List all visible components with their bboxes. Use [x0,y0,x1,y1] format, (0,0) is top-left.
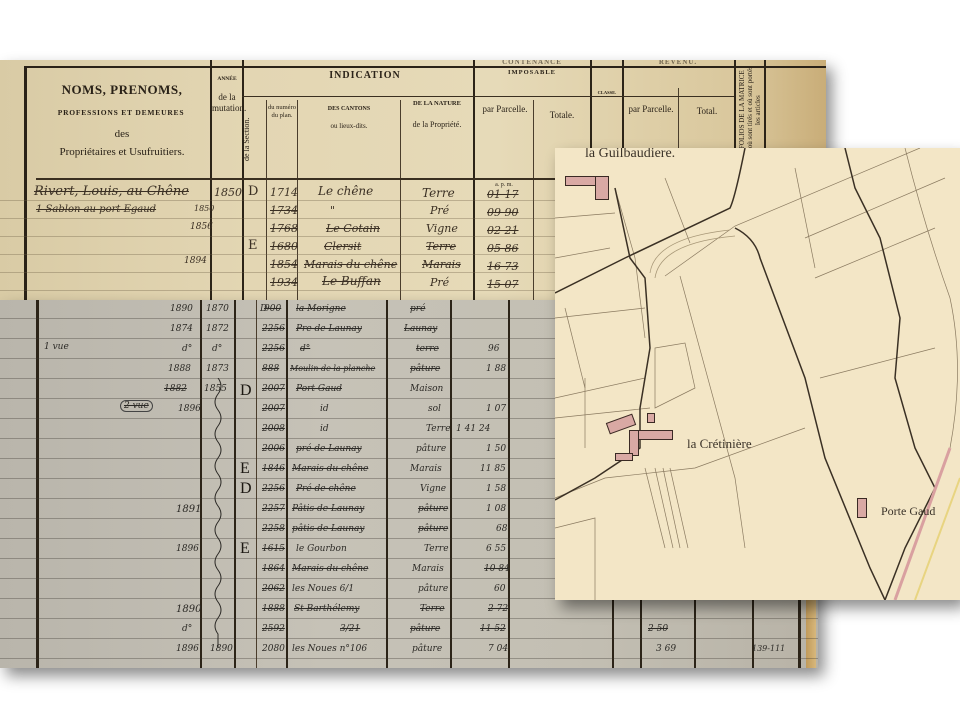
map-label-porte-gaud: Porte Gaud [881,504,935,519]
row-lieu: pâtis de Launay [292,524,364,534]
row-plan: 888 [262,364,279,374]
row-year-left: 1896 [176,544,199,554]
row-plan: 2256 [262,484,285,494]
row-nature: Launay [404,324,437,334]
side-note-1: 1 vue [44,342,69,352]
row-lieu: id [320,404,329,414]
row-area: 09 90 [487,206,519,219]
row-lieu: les Noues 6/1 [292,584,354,594]
header-names-sub: PROFESSIONS ET DEMEURES [30,108,212,117]
header-cantons-sub: ou lieux-dits. [298,122,400,131]
row-nature: pâture [410,364,440,374]
row-lieu: Port Gaud [296,384,342,394]
building [595,176,609,200]
row-area: 1 58 [486,484,506,494]
header-nature: DE LA NATURE de la Propriété. [402,100,472,130]
row-lieu: la Morigne [296,304,346,314]
row-lieu: 3/21 [340,624,360,634]
row-nature: sol [428,404,441,414]
header-par-parcelle: par Parcelle. [478,104,532,115]
row-nature: Maison [410,384,443,394]
row-year-left: 1882 [164,384,187,394]
row-area: 7 04 [488,644,508,654]
row-nature: pâture [418,584,448,594]
folio-value: 139-111 [752,644,785,653]
row-year-left: 1896 [178,404,201,414]
map-label-guilbaudiere: la Guilbaudiere. [585,148,675,162]
header-indication: INDICATION [242,70,488,83]
row-nature: pâture [418,524,448,534]
row-plan: 2258 [262,524,285,534]
row-nature: Terre [426,424,451,434]
header-annee: ANNÉE [212,76,242,83]
row-year: 1855 [204,384,227,394]
row-year: 1890 [210,644,233,654]
row-area: 1 88 [486,364,506,374]
header-cantons-title: DES CANTONS [298,106,400,114]
header-revenu: REVENU. [622,60,734,67]
row-plan: 2080 [262,644,285,654]
row-section: D [240,382,252,400]
header-imposable: IMPOSABLE [474,69,590,77]
building [615,453,633,461]
row-plan: 1714 [270,186,298,199]
row-nature: pré [410,304,425,314]
row-nature: pâture [418,504,448,514]
header-revenu-total: Total. [680,106,734,117]
row-plan: 2256 [262,324,285,334]
header-contenance: CONTENANCE [474,60,590,67]
building [857,498,867,518]
revenu-value: 3 69 [656,644,676,654]
row-year-left: 1874 [170,324,193,334]
row-plan: 900 [262,304,281,314]
side-note-2: 2 vue [120,400,153,412]
row-plan: 1680 [270,240,298,253]
ditto-wavy-mark [204,378,232,648]
row-year-left: 1894 [184,256,207,266]
row-year-left: d° [182,624,192,634]
row-plan: 2007 [262,384,285,394]
row-plan: 1734 [270,204,298,217]
header-folios: FOLIOS DE LA MATRICE d'où sont tirés et … [738,64,762,156]
row-area: 1 07 [486,404,506,414]
row-plan: 2256 [262,344,285,354]
header-annee-sub: de la mutation. [212,92,242,115]
row-lieu: Pre de Launay [296,324,362,334]
row-nature: Marais [410,464,442,474]
row-year: 1873 [206,364,229,374]
row-lieu: Clersit [324,240,361,253]
owner-name-line1: Rivert, Louis, au Chêne [34,184,189,199]
row-nature: Pré [430,204,449,217]
row-area: 05 86 [487,242,519,255]
row-nature: Vigne [420,484,446,494]
row-area: 10 84 [484,564,510,574]
row-nature: Terre [422,186,455,200]
row-plan: 2006 [262,444,285,454]
row-nature: pâture [412,644,442,654]
row-lieu: " [330,204,335,217]
row-area: 16 73 [487,260,519,273]
row-year: 1870 [206,304,229,314]
row-nature: Marais [412,564,444,574]
row-lieu: Pré de chêne [296,484,356,494]
row-plan: 2257 [262,504,285,514]
row-area: 1 08 [486,504,506,514]
row-year: d° [212,344,222,354]
row-lieu: Marais du chêne [304,258,397,271]
row-lieu: id [320,424,329,434]
building [647,413,655,423]
row-plan: 1846 [262,464,285,474]
row-lieu: Le Buffan [322,274,381,288]
row-lieu: St Barthélemy [294,604,360,614]
map-drawing [555,148,960,600]
row-nature: Terre [420,604,445,614]
row-year-left: 1856 [190,222,213,232]
row-plan: 2592 [262,624,285,634]
row-area: 01 17 [487,188,519,201]
row-nature: Terre [424,544,449,554]
row-nature: Vigne [426,222,458,235]
row-lieu: Moulin de la planche [290,364,375,373]
header-cantons: DES CANTONS ou lieux-dits. [298,106,400,130]
row-lieu: Pâtis de Launay [292,504,364,514]
row-lieu: d° [300,344,310,354]
row-year-left: 1891 [176,504,201,515]
header-numero: du numéro du plan. [268,104,296,120]
header-des: des [36,128,208,142]
row-lieu: les Noues n°106 [292,644,367,654]
row-nature: Marais [422,258,461,271]
row-lieu: Le Cotain [326,222,380,235]
map-label-cretiniere: la Crétinière [687,436,752,452]
row-section: D [240,480,252,498]
row-plan: 1615 [262,544,285,554]
row-year-left: 1896 [176,644,199,654]
row-lieu: Le chêne [318,184,373,198]
row-year-left: 1850 [194,204,214,213]
row-year: 1872 [206,324,229,334]
row-plan: 2008 [262,424,285,434]
row-area: 15 07 [487,278,519,291]
revenu-value: 2 50 [648,624,668,634]
row-nature: Pré [430,276,449,289]
row-year-left: 1888 [168,364,191,374]
header-classe: CLASSE. [592,90,622,96]
row-area: 11 85 [480,464,506,474]
row-section: E [240,540,250,558]
row-area: 60 [494,584,505,594]
row-nature: Terre [426,240,456,253]
header-totale: Totale. [534,110,590,121]
row-nature: terre [416,344,439,354]
row-area: 68 [496,524,507,534]
row-year: 1850 [214,186,242,199]
row-section: D [248,184,258,199]
row-area: 96 [488,344,499,354]
row-area: 6 55 [486,544,506,554]
header-names-title: NOMS, PRENOMS, [36,82,208,98]
row-area: 2 72 [488,604,508,614]
row-area: 1 50 [486,444,506,454]
row-area: 02 21 [487,224,519,237]
row-plan: 1934 [270,276,298,289]
header-nature-title: DE LA NATURE [402,100,472,108]
row-plan: 2007 [262,404,285,414]
row-year-left: 1890 [170,304,193,314]
row-plan: 2062 [262,584,285,594]
row-nature: pâture [416,444,446,454]
row-area: 1 41 24 [456,424,490,434]
header-revenu-par-parcelle: par Parcelle. [624,104,678,115]
row-area: 11 52 [480,624,506,634]
header-section: de la Section. [242,104,266,174]
owner-name-line2: 1 Sablon au port Egaud [36,204,156,215]
row-section: E [240,460,250,478]
row-plan: 1864 [262,564,285,574]
row-plan: 1888 [262,604,285,614]
row-plan: 1854 [270,258,298,271]
header-proprietaires: Propriétaires et Usufruitiers. [36,146,208,160]
row-lieu: Marais du chêne [292,464,368,474]
row-lieu: Marais du chêne [292,564,368,574]
cadastral-map-photo: la Guilbaudiere. la Crétinière Porte Gau… [555,148,960,600]
header-nature-sub: de la Propriété. [402,120,472,130]
row-lieu: pré de Launay [296,444,362,454]
row-plan: 1768 [270,222,298,235]
row-section: E [248,238,258,253]
row-year-left: 1890 [176,604,201,615]
row-lieu: le Gourbon [296,544,347,554]
row-year-left: d° [182,344,192,354]
row-nature: pâture [410,624,440,634]
